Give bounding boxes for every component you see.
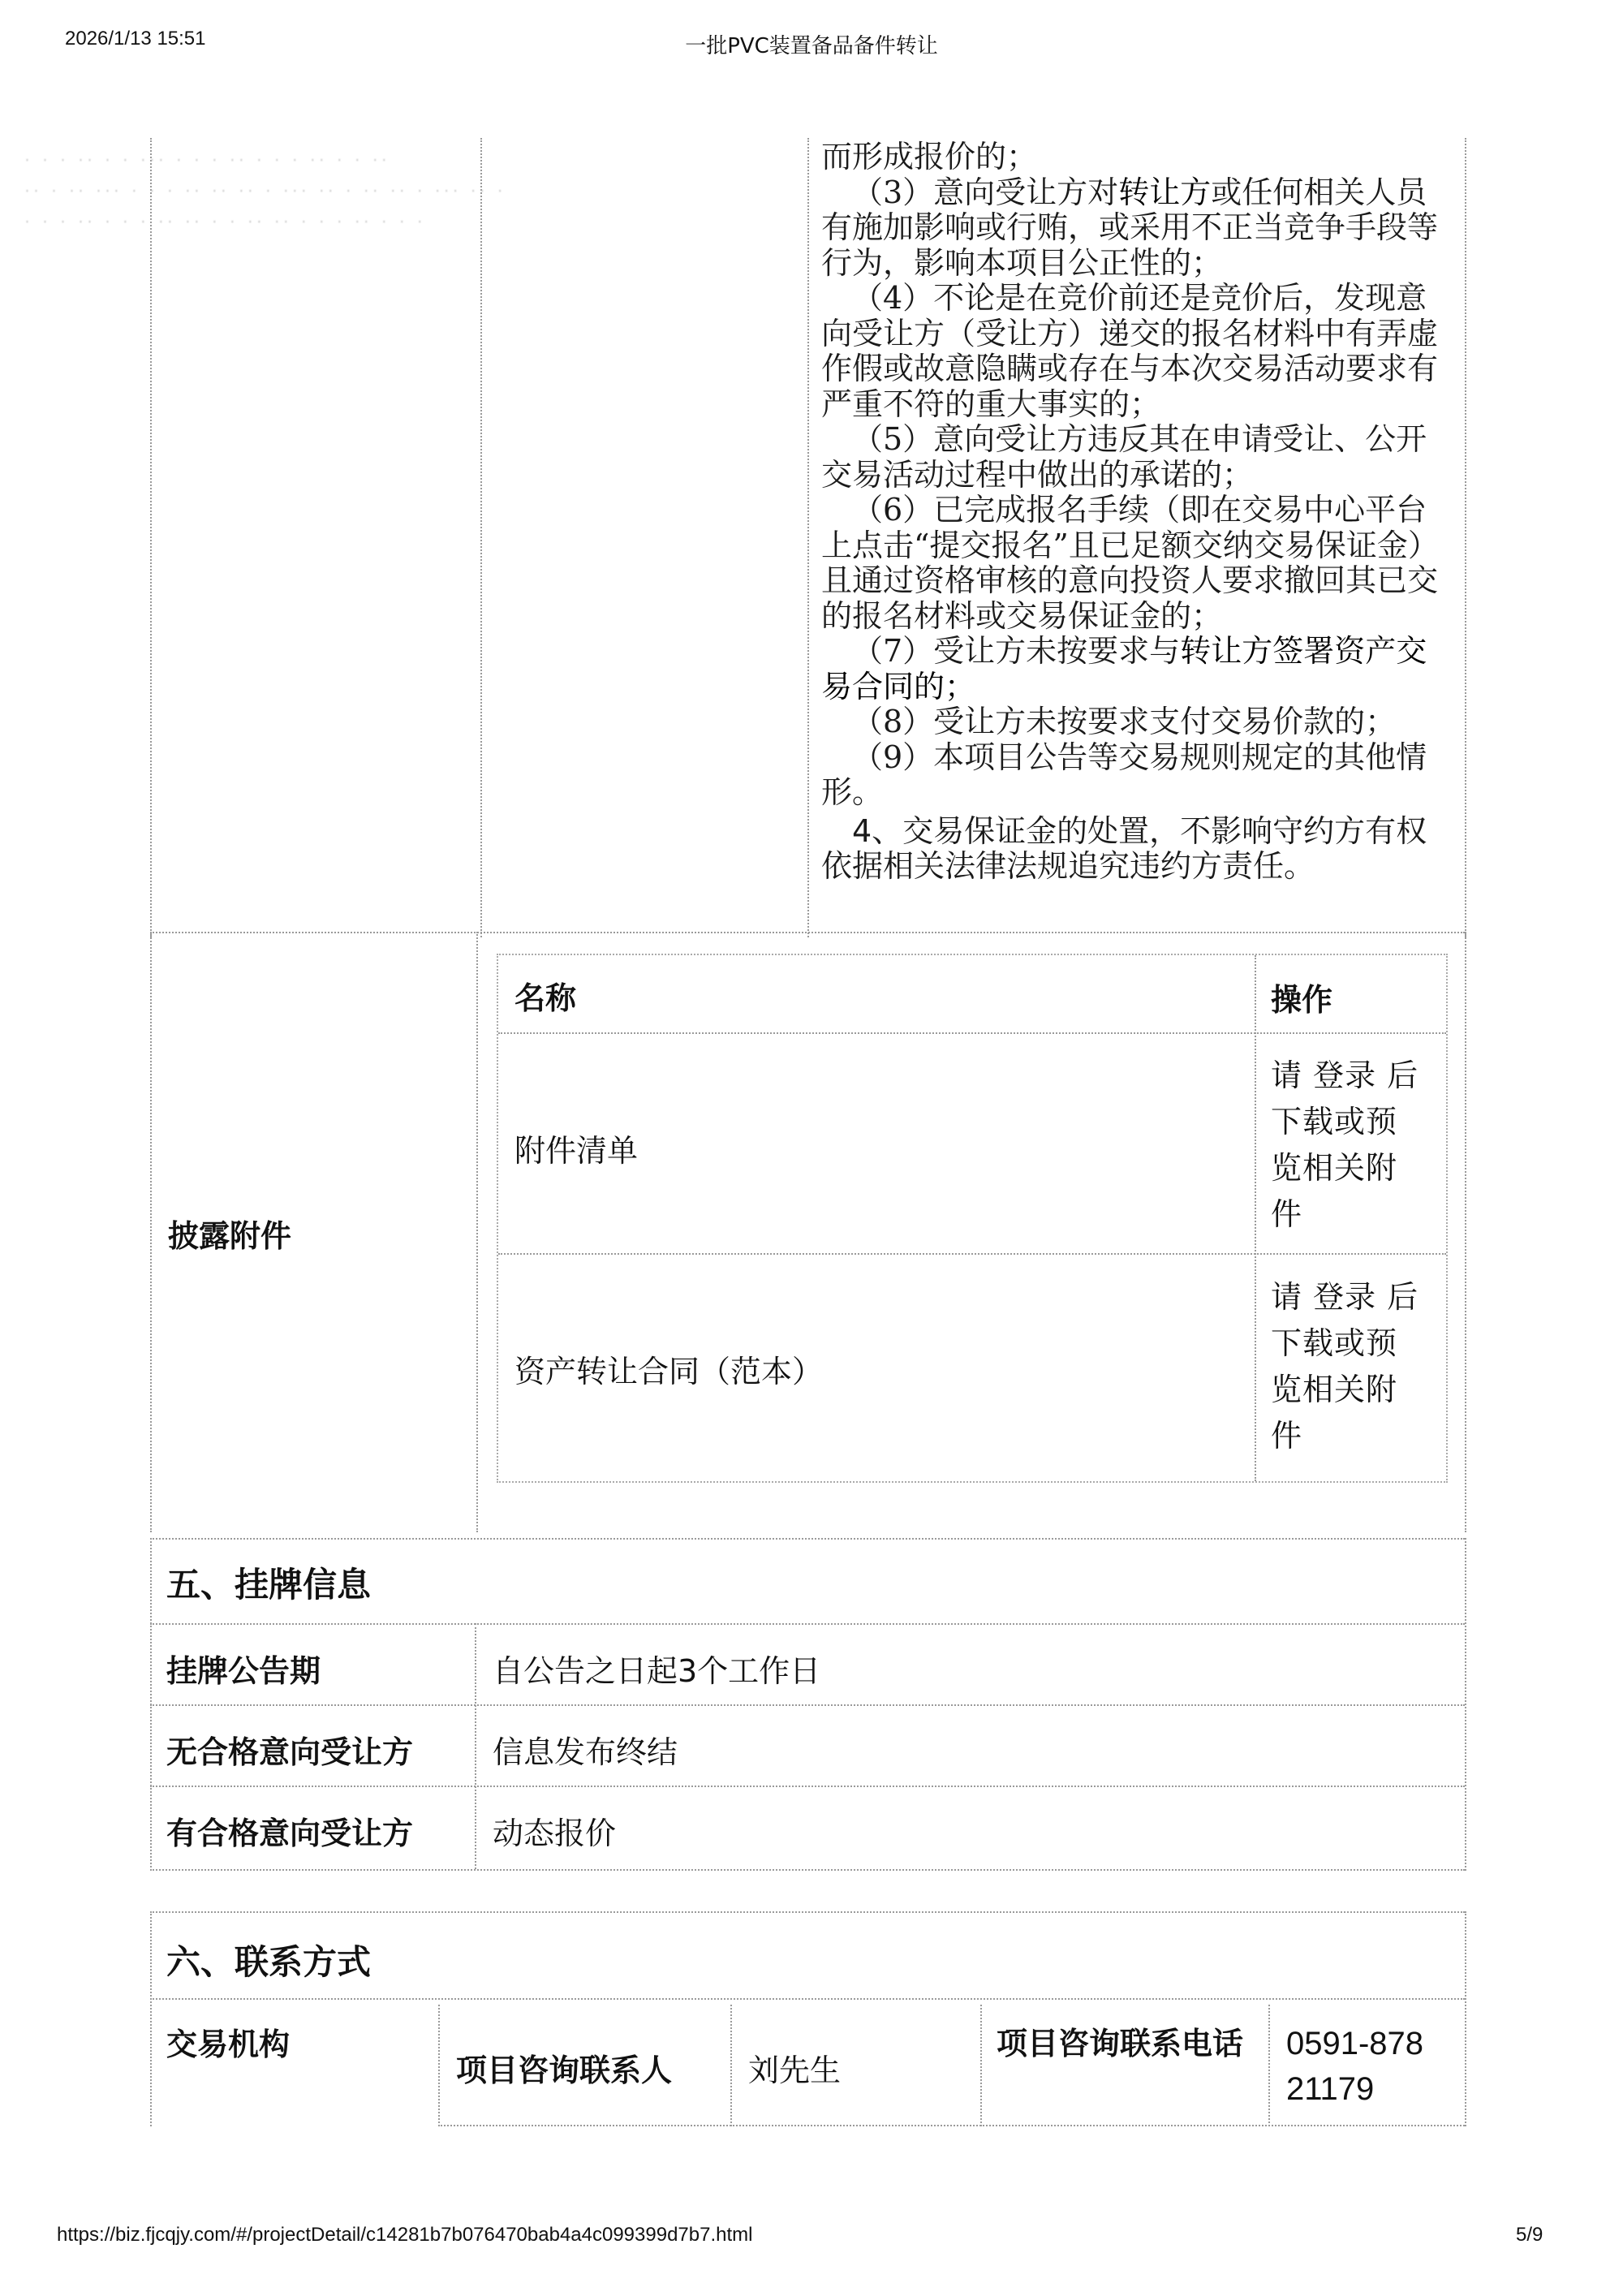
rules-item-deposit: 4、交易保证金的处置，不影响守约方有权依据相关法律法规追究违约方责任。: [821, 814, 1454, 885]
section-title: 六、联系方式: [166, 1936, 371, 1984]
listing-period-value: 自公告之日起3个工作日: [493, 1646, 820, 1691]
section-border-top: [150, 1911, 1465, 1913]
qualified-bidder-value: 动态报价: [493, 1808, 616, 1853]
attachment-name: 资产转让合同（范本）: [514, 1346, 823, 1391]
row-divider: [150, 1623, 1465, 1625]
row-divider: [150, 932, 1465, 933]
qualified-bidder-label: 有合格意向受让方: [166, 1808, 413, 1853]
rules-item-9: （9）本项目公告等交易规则规定的其他情形。: [821, 740, 1454, 811]
table-border-right: [1465, 1538, 1466, 1871]
column-divider: [1255, 955, 1256, 1481]
column-divider: [1268, 2005, 1270, 2126]
table-border-right: [1465, 138, 1466, 937]
table-divider: [476, 932, 478, 1532]
no-qualified-bidder-value: 信息发布终结: [493, 1727, 678, 1772]
page-number: 5/9: [1516, 2224, 1543, 2246]
rules-line: 而形成报价的；: [821, 140, 1454, 175]
column-divider: [438, 2005, 440, 2126]
rules-item-5: （5）意向受让方违反其在申请受让、公开交易活动过程中做出的承诺的；: [821, 422, 1454, 493]
rules-item-3: （3）意向受让方对转让方或任何相关人员有施加影响或行贿，或采用不正当竞争手段等行…: [821, 175, 1454, 282]
rules-text-part: （7）受让方未按要求与: [852, 633, 1180, 669]
row-divider: [150, 1704, 1465, 1706]
rules-item-7: （7）受让方未按要求与转让方签署资产交易合同的；: [821, 634, 1454, 704]
page-url: https://biz.fjcqjy.com/#/projectDetail/c…: [57, 2224, 752, 2246]
rules-text: 而形成报价的； （3）意向受让方对转让方或任何相关人员有施加影响或行贿，或采用不…: [821, 140, 1454, 885]
table-border-left: [150, 932, 152, 1532]
column-header-action: 操作: [1271, 975, 1332, 1019]
table-border-right: [1465, 932, 1466, 1532]
attachments-label: 披露附件: [168, 1211, 291, 1256]
table-divider-2: [807, 138, 809, 937]
table-border-right: [1465, 1911, 1466, 2126]
column-divider: [475, 1623, 476, 1869]
column-divider: [730, 2005, 732, 2126]
login-to-download-link[interactable]: 请 登录 后下载或预览相关附件: [1271, 1274, 1425, 1459]
row-divider: [438, 2125, 1465, 2126]
listing-period-label: 挂牌公告期: [166, 1646, 321, 1691]
row-divider: [498, 1253, 1446, 1255]
attachment-name: 附件清单: [514, 1126, 638, 1170]
consult-contact-value: 刘先生: [748, 2045, 841, 2090]
trading-org-label: 交易机构: [166, 2019, 290, 2064]
column-divider: [980, 2005, 982, 2126]
rules-item-4: （4）不论是在竞价前还是竞价后，发现意向受让方（受让方）递交的报名材料中有弄虚作…: [821, 281, 1454, 422]
section-title: 五、挂牌信息: [166, 1558, 371, 1607]
page-title: 一批PVC装置备品备件转让: [0, 29, 1623, 59]
attachments-table: 名称 操作 附件清单 请 登录 后下载或预览相关附件 资产转让合同（范本） 请 …: [497, 954, 1448, 1483]
table-border-left: [150, 1911, 152, 2126]
rules-item-6: （6）已完成报名手续（即在交易中心平台上点击“提交报名”且已足额交纳交易保证金）…: [821, 493, 1454, 634]
scan-noise: · · · ·· · · ··· · · · ·· · · · ·· · · ·…: [24, 146, 795, 260]
consult-phone-label: 项目咨询联系电话: [997, 2021, 1248, 2066]
rules-item-8: （8）受让方未按要求支付交易价款的；: [821, 704, 1454, 740]
no-qualified-bidder-label: 无合格意向受让方: [166, 1727, 413, 1772]
header-divider: [498, 1032, 1446, 1034]
rules-emphasis: 转让方: [1118, 174, 1211, 210]
rules-text-part: （3）意向受让方对: [852, 174, 1118, 210]
login-to-download-link[interactable]: 请 登录 后下载或预览相关附件: [1271, 1053, 1425, 1238]
section-border-top: [150, 1538, 1465, 1540]
row-divider: [150, 1869, 1465, 1871]
consult-phone-value: 0591-87821179: [1286, 2021, 1440, 2112]
consult-contact-label: 项目咨询联系人: [456, 2045, 672, 2090]
column-header-name: 名称: [514, 973, 576, 1018]
row-divider: [150, 1786, 1465, 1787]
row-divider: [150, 1998, 1465, 2000]
